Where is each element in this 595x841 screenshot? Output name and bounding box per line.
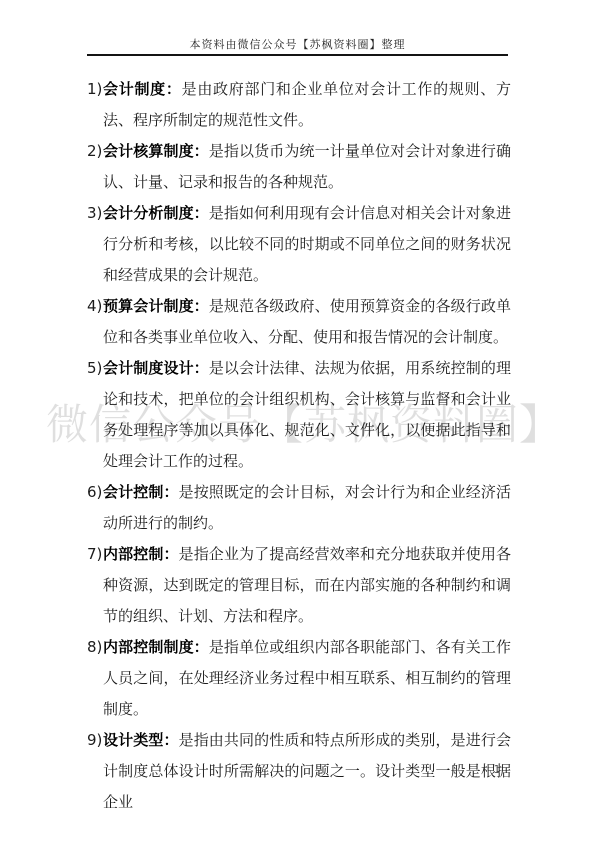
item-number: 6) (87, 477, 102, 508)
list-item: 2)会计核算制度：是指以货币为统一计量单位对会计对象进行确认、计量、记录和报告的… (87, 136, 511, 198)
list-item: 7)内部控制：是指企业为了提高经营效率和充分地获取并使用各种资源，达到既定的管理… (87, 539, 511, 632)
page-number: 1 (488, 763, 506, 776)
item-number: 3) (87, 198, 102, 229)
definition-list: 1)会计制度：是由政府部门和企业单位对会计工作的规则、方法、程序所制定的规范性文… (87, 74, 511, 818)
list-item: 9)设计类型：是指由共同的性质和特点所形成的类别，是进行会计制度总体设计时所需解… (87, 725, 511, 818)
page-header: 本资料由微信公众号【苏枫资料圈】整理 (87, 36, 508, 52)
list-item: 5)会计制度设计：是以会计法律、法规为依据，用系统控制的理论和技术，把单位的会计… (87, 353, 511, 477)
document-page: 本资料由微信公众号【苏枫资料圈】整理 微信公众号【苏枫资料圈】 1)会计制度：是… (0, 0, 595, 841)
header-divider (87, 54, 508, 56)
item-term: 预算会计制度： (103, 297, 209, 315)
item-term: 内部控制制度： (103, 638, 209, 656)
header-text: 本资料由微信公众号【苏枫资料圈】整理 (190, 38, 406, 51)
item-term: 会计制度： (103, 80, 182, 98)
item-number: 9) (87, 725, 102, 756)
item-number: 4) (87, 291, 102, 322)
item-number: 5) (87, 353, 102, 384)
item-term: 内部控制： (103, 545, 179, 563)
list-item: 6)会计控制：是按照既定的会计目标，对会计行为和企业经济活动所进行的制约。 (87, 477, 511, 539)
item-number: 7) (87, 539, 102, 570)
item-term: 会计核算制度： (103, 142, 209, 160)
item-number: 1) (87, 74, 102, 105)
list-item: 8)内部控制制度：是指单位或组织内部各职能部门、各有关工作人员之间，在处理经济业… (87, 632, 511, 725)
item-term: 会计分析制度： (103, 204, 209, 222)
list-item: 4)预算会计制度：是规范各级政府、使用预算资金的各级行政单位和各类事业单位收入、… (87, 291, 511, 353)
list-item: 3)会计分析制度：是指如何利用现有会计信息对相关会计对象进行分析和考核，以比较不… (87, 198, 511, 291)
item-term: 会计制度设计： (103, 359, 209, 377)
item-number: 2) (87, 136, 102, 167)
list-item: 1)会计制度：是由政府部门和企业单位对会计工作的规则、方法、程序所制定的规范性文… (87, 74, 511, 136)
item-term: 会计控制： (103, 483, 179, 501)
item-term: 设计类型： (103, 731, 179, 749)
item-number: 8) (87, 632, 102, 663)
